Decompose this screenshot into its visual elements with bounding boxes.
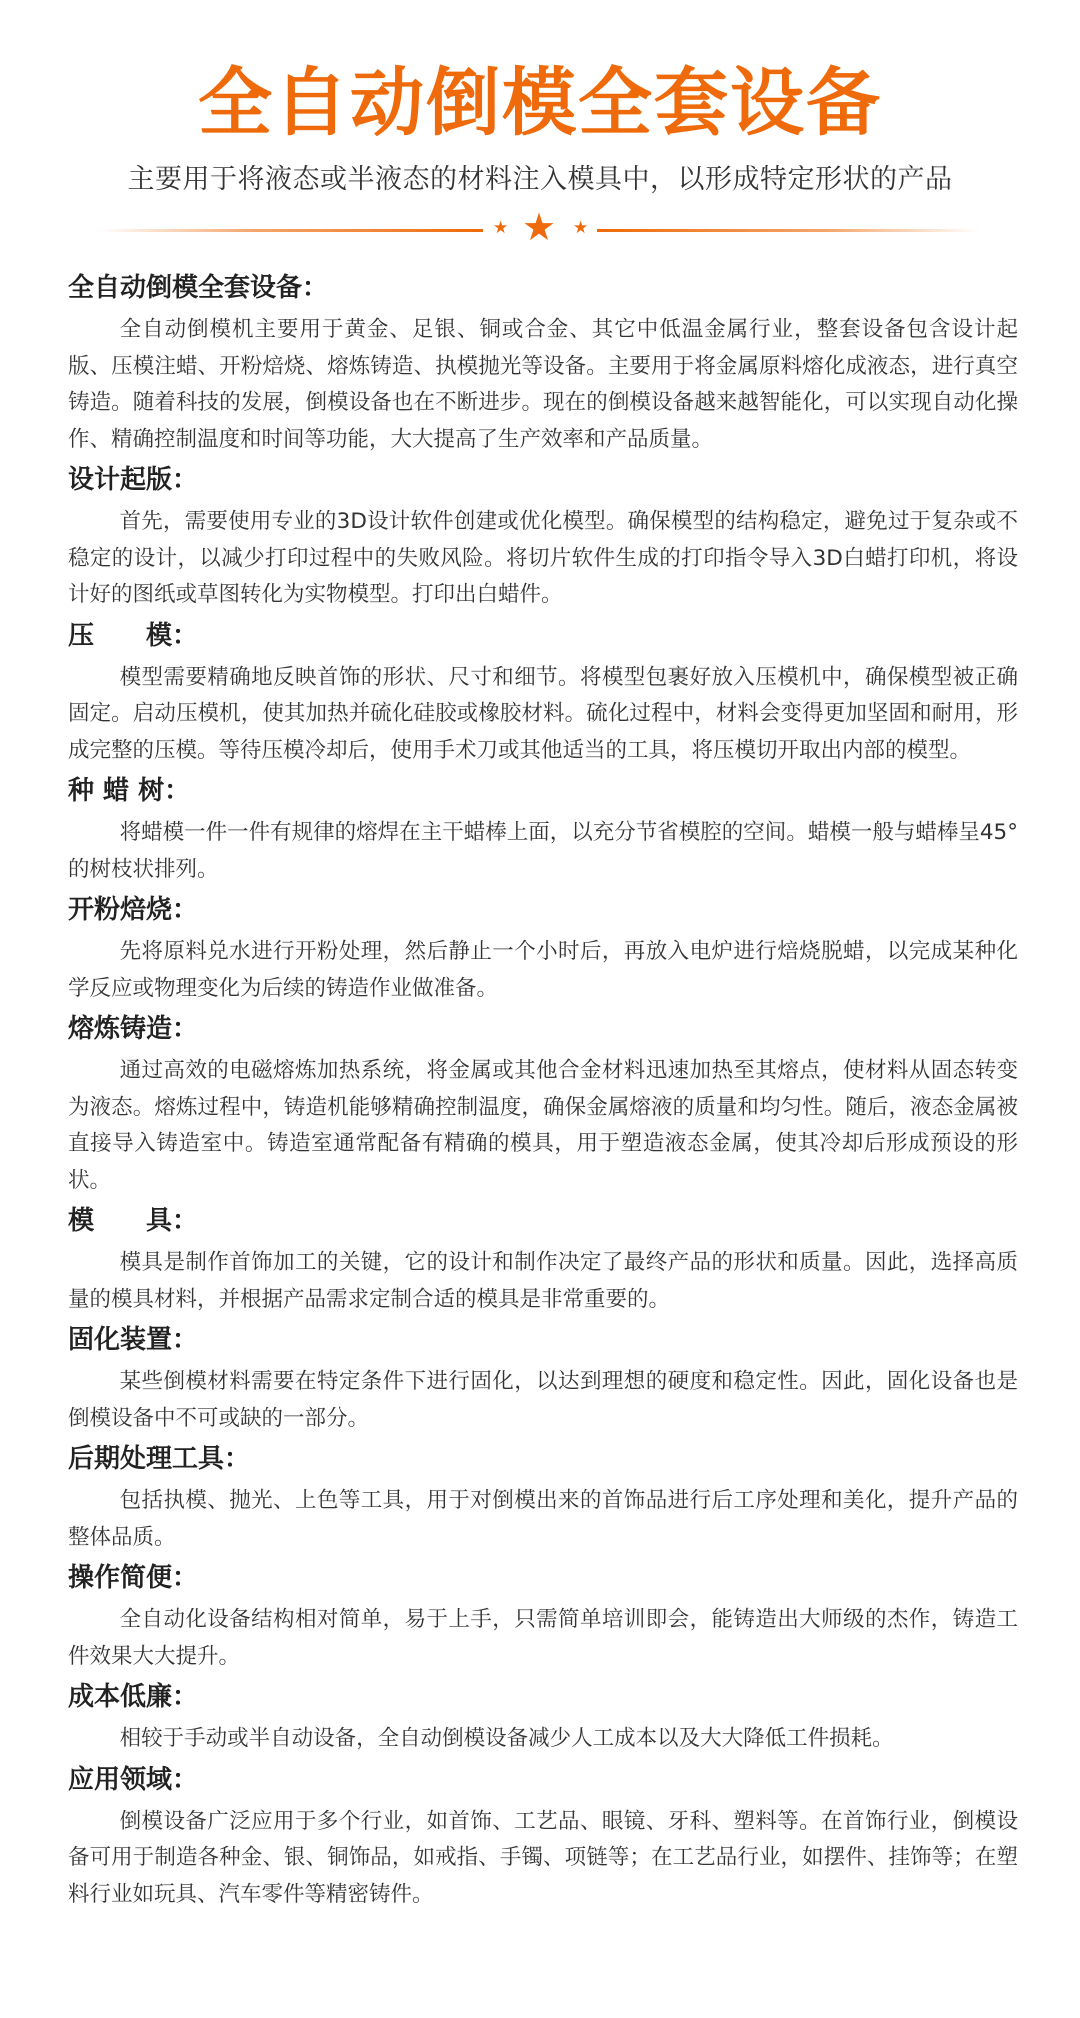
section-heading: 操作简便： bbox=[68, 1558, 1018, 1598]
section-body: 通过高效的电磁熔炼加热系统，将金属或其他合金材料迅速加热至其熔点，使材料从固态转… bbox=[68, 1053, 1018, 1199]
section-post-processing: 后期处理工具： 包括执模、抛光、上色等工具，用于对倒模出来的首饰品进行后工序处理… bbox=[68, 1439, 1018, 1556]
section-body: 全自动化设备结构相对简单，易于上手，只需简单培训即会，能铸造出大师级的杰作，铸造… bbox=[68, 1602, 1018, 1675]
section-heading: 熔炼铸造： bbox=[68, 1009, 1018, 1049]
divider-line-left bbox=[100, 229, 483, 232]
page-title: 全自动倒模全套设备 bbox=[0, 58, 1080, 148]
article-content: 全自动倒模全套设备： 全自动倒模机主要用于黄金、足银、铜或合金、其它中低温金属行… bbox=[68, 268, 1018, 1915]
decorative-divider: ★ ★ ★ bbox=[0, 212, 1080, 248]
section-heading: 成本低廉： bbox=[68, 1677, 1018, 1717]
section-heading: 压 模： bbox=[68, 616, 1018, 656]
section-heading: 设计起版： bbox=[68, 460, 1018, 500]
section-heading: 全自动倒模全套设备： bbox=[68, 268, 1018, 308]
section-wax-tree: 种 蜡 树： 将蜡模一件一件有规律的熔焊在主干蜡棒上面，以充分节省模腔的空间。蜡… bbox=[68, 771, 1018, 888]
section-mold: 模 具： 模具是制作首饰加工的关键，它的设计和制作决定了最终产品的形状和质量。因… bbox=[68, 1201, 1018, 1318]
section-heading: 固化装置： bbox=[68, 1320, 1018, 1360]
section-heading: 模 具： bbox=[68, 1201, 1018, 1241]
section-low-cost: 成本低廉： 相较于手动或半自动设备，全自动倒模设备减少人工成本以及大大降低工件损… bbox=[68, 1677, 1018, 1758]
section-body: 某些倒模材料需要在特定条件下进行固化，以达到理想的硬度和稳定性。因此，固化设备也… bbox=[68, 1364, 1018, 1437]
section-applications: 应用领域： 倒模设备广泛应用于多个行业，如首饰、工艺品、眼镜、牙科、塑料等。在首… bbox=[68, 1760, 1018, 1914]
section-heading: 种 蜡 树： bbox=[68, 771, 1018, 811]
section-body: 将蜡模一件一件有规律的熔焊在主干蜡棒上面，以充分节省模腔的空间。蜡模一般与蜡棒呈… bbox=[68, 815, 1018, 888]
section-body: 倒模设备广泛应用于多个行业，如首饰、工艺品、眼镜、牙科、塑料等。在首饰行业，倒模… bbox=[68, 1804, 1018, 1914]
divider-line-right bbox=[597, 229, 980, 232]
page-subtitle: 主要用于将液态或半液态的材料注入模具中，以形成特定形状的产品 bbox=[0, 160, 1080, 200]
star-large-icon: ★ bbox=[522, 208, 556, 246]
section-smelting-casting: 熔炼铸造： 通过高效的电磁熔炼加热系统，将金属或其他合金材料迅速加热至其熔点，使… bbox=[68, 1009, 1018, 1199]
section-design: 设计起版： 首先，需要使用专业的3D设计软件创建或优化模型。确保模型的结构稳定，… bbox=[68, 460, 1018, 614]
section-body: 全自动倒模机主要用于黄金、足银、铜或合金、其它中低温金属行业，整套设备包含设计起… bbox=[68, 312, 1018, 458]
section-overview: 全自动倒模全套设备： 全自动倒模机主要用于黄金、足银、铜或合金、其它中低温金属行… bbox=[68, 268, 1018, 458]
section-heading: 应用领域： bbox=[68, 1760, 1018, 1800]
section-heading: 后期处理工具： bbox=[68, 1439, 1018, 1479]
section-curing: 固化装置： 某些倒模材料需要在特定条件下进行固化，以达到理想的硬度和稳定性。因此… bbox=[68, 1320, 1018, 1437]
section-body: 相较于手动或半自动设备，全自动倒模设备减少人工成本以及大大降低工件损耗。 bbox=[68, 1721, 1018, 1758]
section-heading: 开粉焙烧： bbox=[68, 890, 1018, 930]
section-easy-operation: 操作简便： 全自动化设备结构相对简单，易于上手，只需简单培训即会，能铸造出大师级… bbox=[68, 1558, 1018, 1675]
star-small-icon: ★ bbox=[493, 220, 508, 237]
section-body: 首先，需要使用专业的3D设计软件创建或优化模型。确保模型的结构稳定，避免过于复杂… bbox=[68, 504, 1018, 614]
section-press-mold: 压 模： 模型需要精确地反映首饰的形状、尺寸和细节。将模型包裹好放入压模机中，确… bbox=[68, 616, 1018, 770]
section-body: 包括执模、抛光、上色等工具，用于对倒模出来的首饰品进行后工序处理和美化，提升产品… bbox=[68, 1483, 1018, 1556]
section-body: 模具是制作首饰加工的关键，它的设计和制作决定了最终产品的形状和质量。因此，选择高… bbox=[68, 1245, 1018, 1318]
section-body: 先将原料兑水进行开粉处理，然后静止一个小时后，再放入电炉进行焙烧脱蜡，以完成某种… bbox=[68, 934, 1018, 1007]
section-powder-baking: 开粉焙烧： 先将原料兑水进行开粉处理，然后静止一个小时后，再放入电炉进行焙烧脱蜡… bbox=[68, 890, 1018, 1007]
star-small-icon: ★ bbox=[573, 220, 588, 237]
section-body: 模型需要精确地反映首饰的形状、尺寸和细节。将模型包裹好放入压模机中，确保模型被正… bbox=[68, 660, 1018, 770]
